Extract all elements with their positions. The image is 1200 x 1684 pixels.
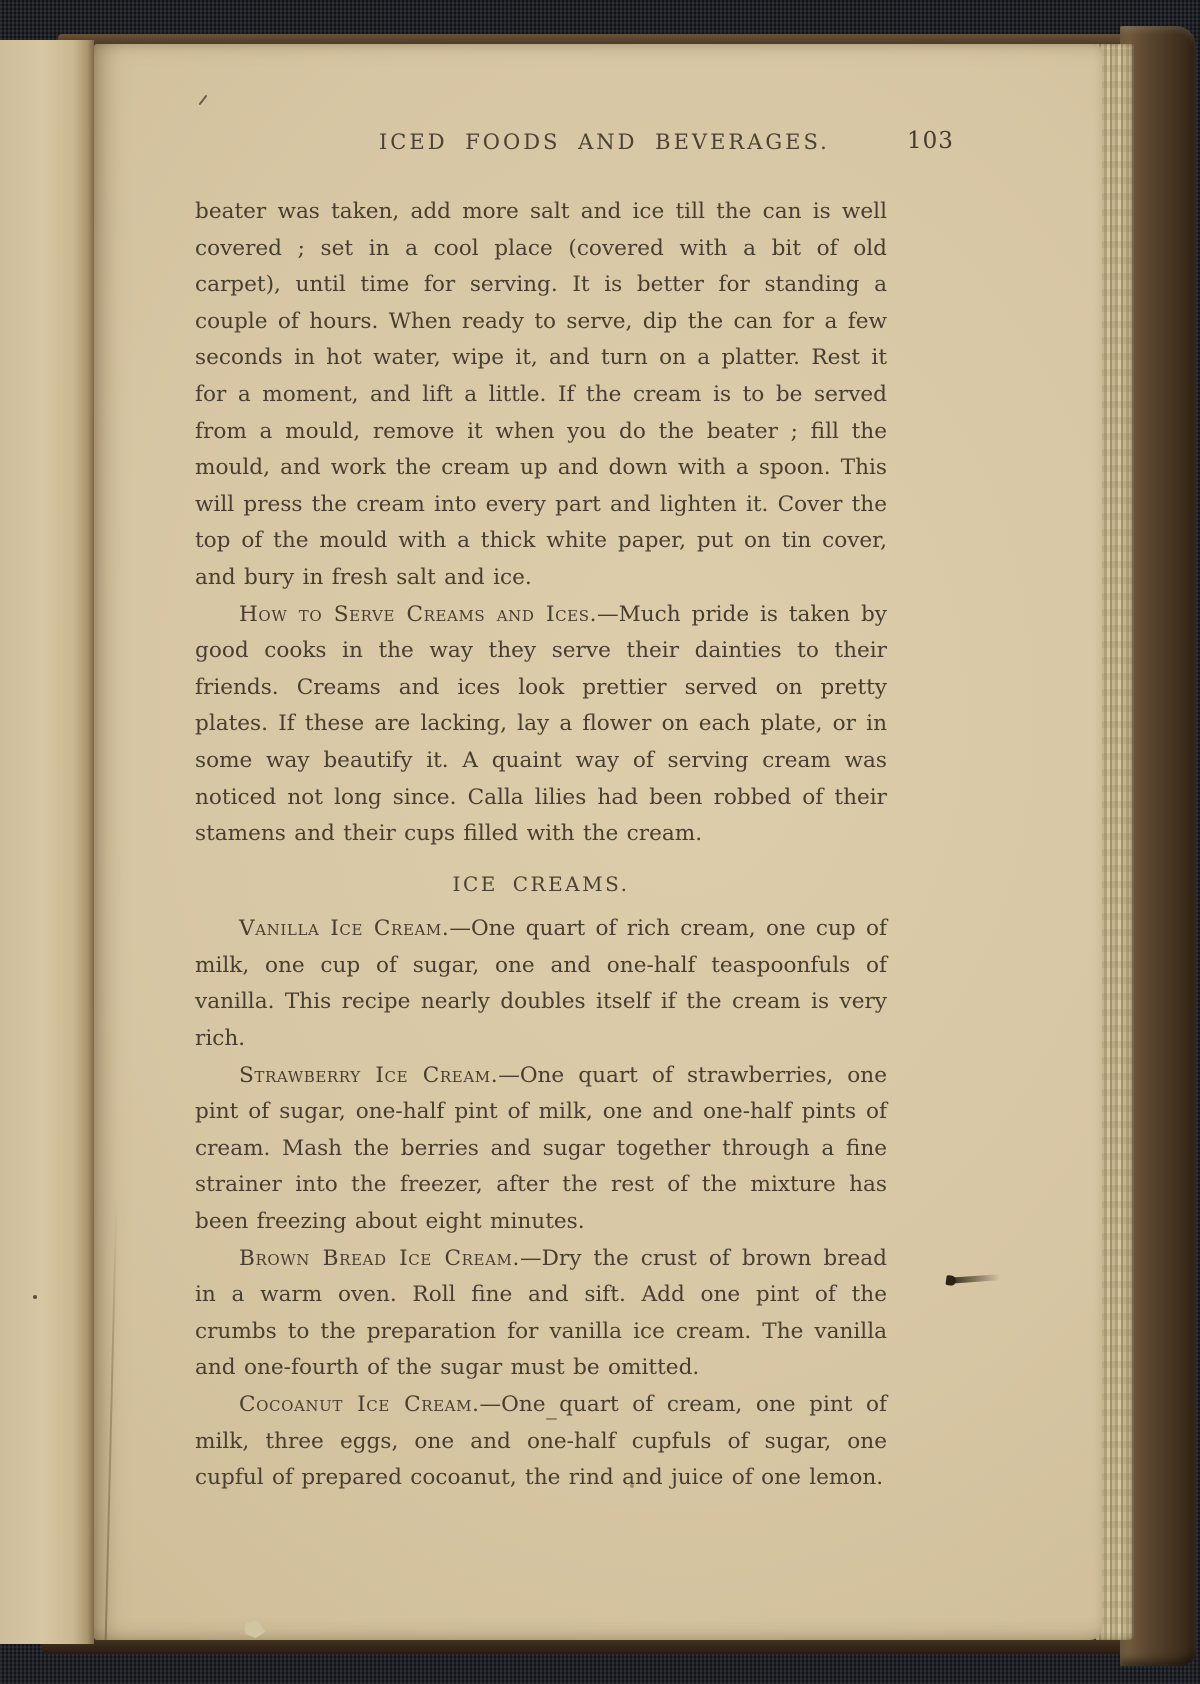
paper-speck <box>630 1484 634 1488</box>
recipe-text: —One quart of strawberries, one pint of … <box>195 1063 887 1234</box>
recipe-paragraph-brown-bread: Brown Bread Ice Cream.—Dry the crust of … <box>195 1241 887 1387</box>
paragraph-text: —Much pride is taken by good cooks in th… <box>195 602 887 847</box>
recipe-title: Cocoanut Ice Cream. <box>239 1392 480 1417</box>
book-photo: ICED FOODS AND BEVERAGES. 103 beater was… <box>0 0 1200 1684</box>
pen-mark <box>948 1274 1000 1284</box>
section-heading: ICE CREAMS. <box>195 866 887 903</box>
facing-page-gutter <box>0 40 94 1644</box>
text-block: beater was taken, add more salt and ice … <box>195 194 887 1497</box>
running-header: ICED FOODS AND BEVERAGES. 103 <box>195 128 887 164</box>
paper-speck <box>546 1418 557 1420</box>
body-paragraph-continuation: beater was taken, add more salt and ice … <box>195 194 887 597</box>
recipe-paragraph-cocoanut: Cocoanut Ice Cream.—One quart of cream, … <box>195 1387 887 1497</box>
recipe-title: Strawberry Ice Cream. <box>239 1063 498 1088</box>
recipe-title: Brown Bread Ice Cream. <box>239 1246 520 1271</box>
book-page: ICED FOODS AND BEVERAGES. 103 beater was… <box>94 44 1102 1640</box>
paragraph-lead-title: How to Serve Creams and Ices. <box>239 602 597 627</box>
page-crease-line <box>105 1204 118 1640</box>
paper-speck <box>199 95 208 106</box>
recipe-paragraph-vanilla: Vanilla Ice Cream.—One quart of rich cre… <box>195 911 887 1057</box>
recipe-title: Vanilla Ice Cream. <box>239 916 449 941</box>
paper-speck <box>33 1295 37 1299</box>
recipe-paragraph-strawberry: Strawberry Ice Cream.—One quart of straw… <box>195 1058 887 1241</box>
body-paragraph-serving: How to Serve Creams and Ices.—Much pride… <box>195 597 887 853</box>
page-number: 103 <box>907 128 954 154</box>
running-header-title: ICED FOODS AND BEVERAGES. <box>379 130 830 154</box>
